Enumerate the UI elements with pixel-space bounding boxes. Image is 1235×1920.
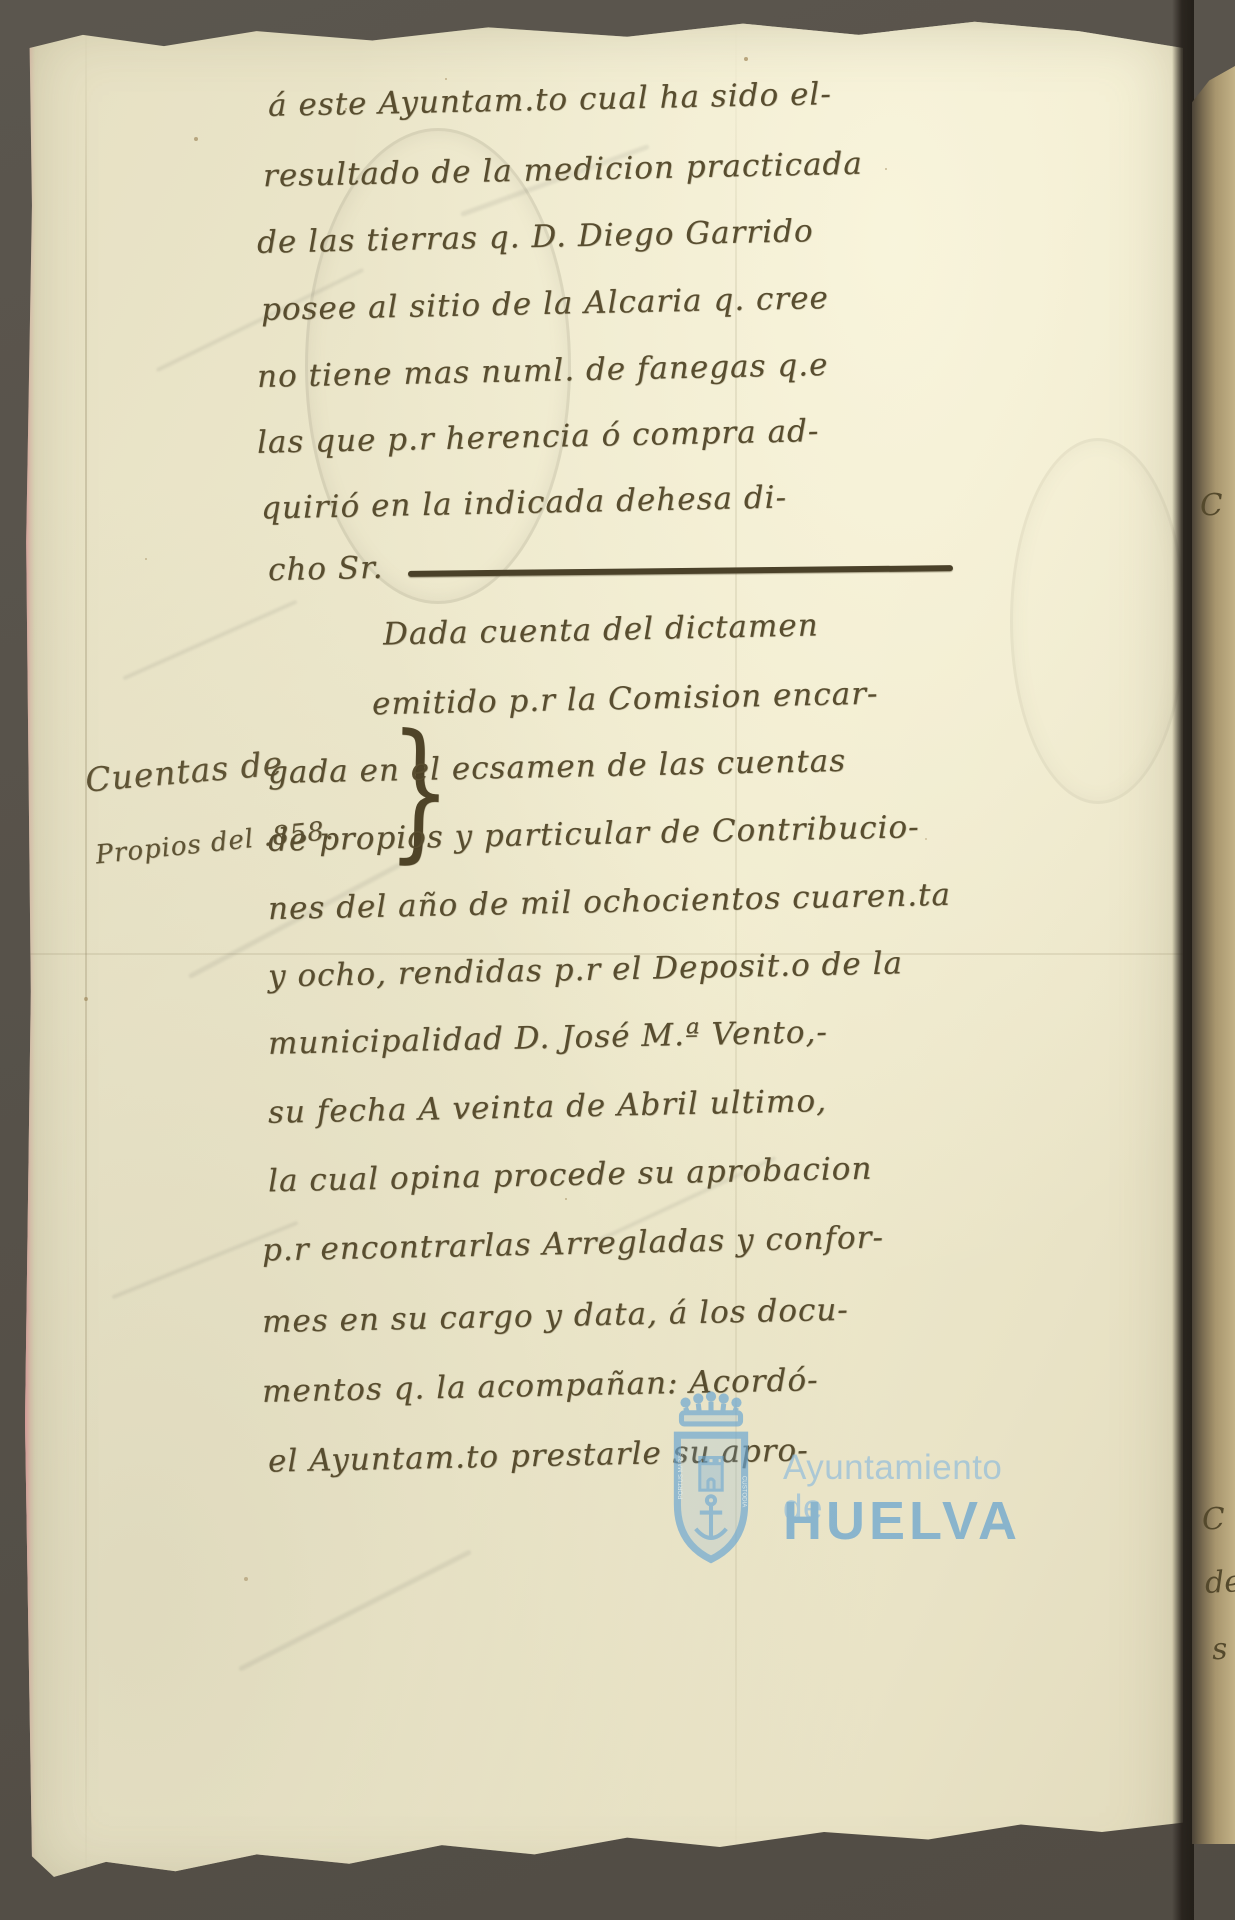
embossed-seal [1010, 438, 1186, 804]
paper-speckles [25, 18, 27, 20]
bleedthrough-stroke [238, 1549, 472, 1671]
manuscript-line: cho Sr. [268, 550, 384, 588]
book-gutter-shadow [1172, 0, 1194, 1920]
next-page-text-fragment: C [1199, 487, 1224, 523]
page-edge-fringe-bottom [25, 1882, 720, 1890]
next-page-text-fragment: de [1204, 1564, 1235, 1601]
next-page-text-fragment: C [1201, 1501, 1226, 1537]
archive-watermark: PORTUS MARIS CUSTODIA Ayuntamiento de HU… [655, 1382, 985, 1612]
watermark-city-name: HUELVA [783, 1490, 1021, 1552]
bleedthrough-stroke [122, 600, 297, 681]
crest-motto-left: PORTUS MARIS [677, 1453, 684, 1499]
huelva-crest-icon: PORTUS MARIS CUSTODIA [655, 1382, 767, 1582]
scanned-manuscript-view: á este Ayuntam.to cual ha sido el- resul… [0, 0, 1235, 1920]
next-page-text-fragment: s [1211, 1632, 1228, 1668]
crest-motto-right: CUSTODIA [741, 1476, 748, 1508]
